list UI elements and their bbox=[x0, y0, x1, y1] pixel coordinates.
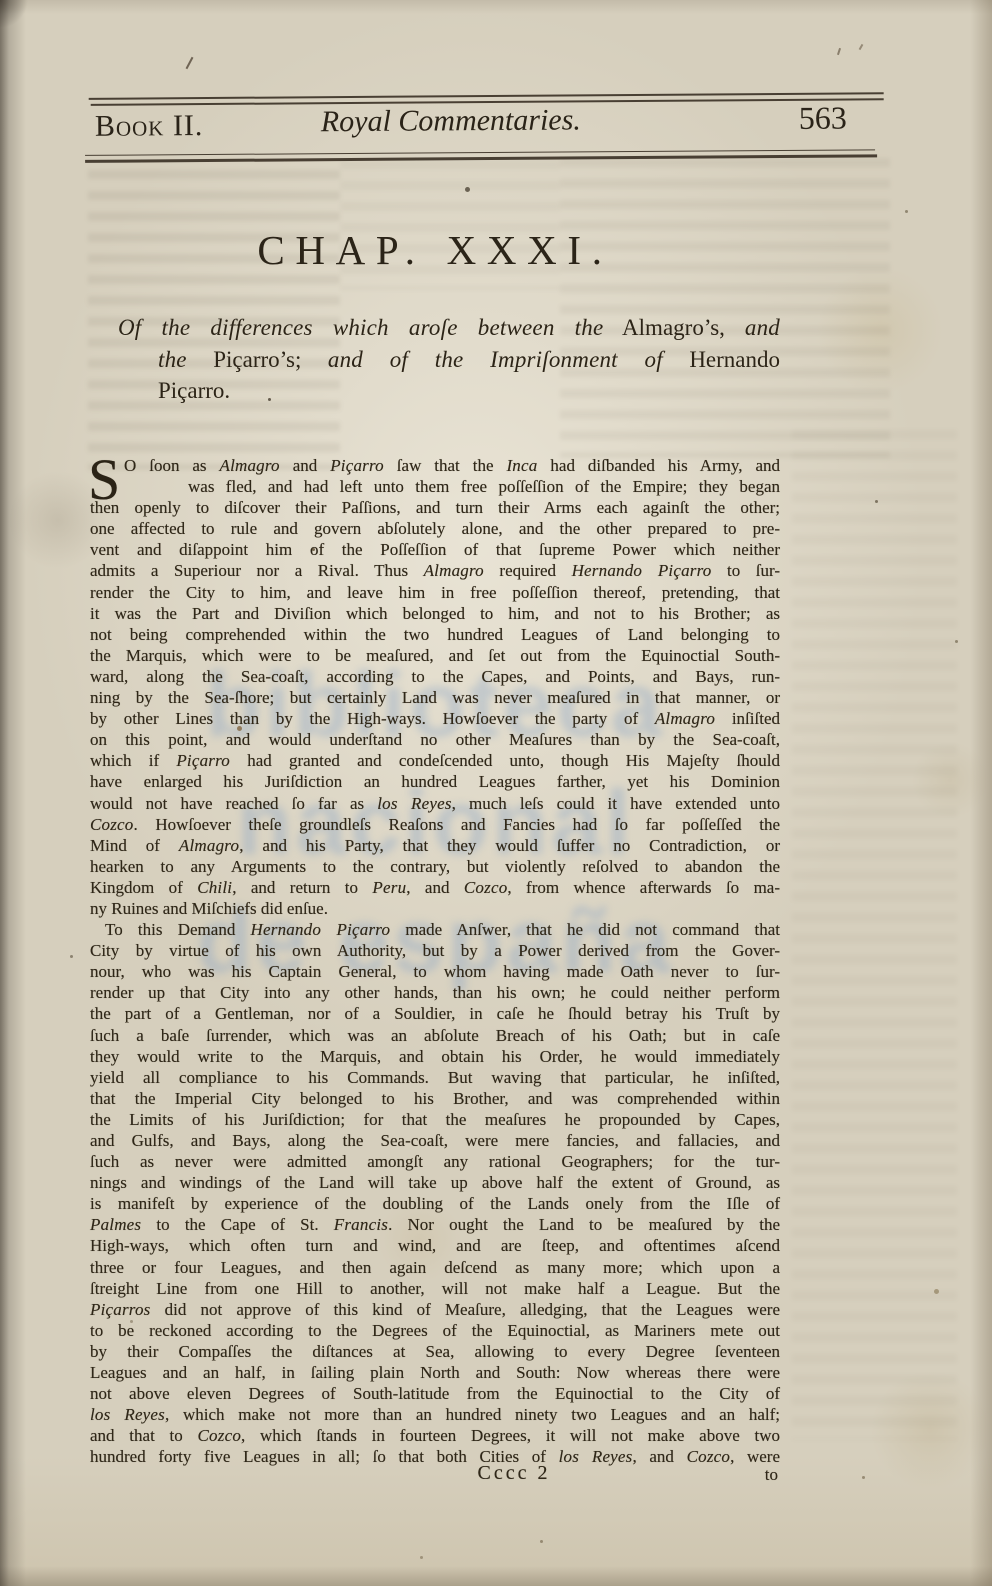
text-line: render up that City into any other hands… bbox=[90, 982, 780, 1003]
roman-text: Hernando bbox=[663, 347, 780, 372]
roman-text: they would write to the Marquis, and obt… bbox=[90, 1047, 780, 1066]
roman-text: To this Demand bbox=[105, 920, 251, 939]
italic-text: Cozco bbox=[464, 878, 508, 897]
italic-text: Piçarro bbox=[176, 751, 230, 770]
text-line: City by virtue of his own Authority, but… bbox=[90, 940, 780, 961]
roman-text: render the City to him, and leave him in… bbox=[90, 583, 780, 602]
text-line: on this point, and would underſtand no o… bbox=[90, 729, 780, 750]
subtitle-line: the Piçarro’s; and of the Impriſonment o… bbox=[118, 344, 780, 376]
roman-text: not above eleven Degrees of South-latitu… bbox=[90, 1384, 780, 1403]
roman-text: is manifeſt by experience of the doublin… bbox=[90, 1194, 780, 1213]
italic-text: Palmes bbox=[90, 1215, 141, 1234]
text-line: nings and windings of the Land will take… bbox=[90, 1172, 780, 1193]
text-line: three or four Leagues, and then again de… bbox=[90, 1257, 780, 1278]
verso-showthrough bbox=[792, 430, 957, 1440]
roman-text: , from whence afterwards ſo ma- bbox=[507, 878, 780, 897]
roman-text: , and return to bbox=[232, 878, 372, 897]
ink-specks bbox=[0, 0, 3, 3]
roman-text: required bbox=[484, 561, 572, 580]
body-text: SO ſoon as Almagro and Piçarro ſaw that … bbox=[90, 455, 780, 1468]
text-line: not being comprehended within the two hu… bbox=[90, 624, 780, 645]
roman-text: render up that City into any other hands… bbox=[90, 983, 780, 1002]
roman-text: did not approve of this kind of Meaſure,… bbox=[150, 1300, 780, 1319]
roman-text: the Limits of his Juriſdiction; for that… bbox=[90, 1110, 780, 1129]
text-line: they would write to the Marquis, and obt… bbox=[90, 1046, 780, 1067]
text-line: the part of a Gentleman, nor of a Souldi… bbox=[90, 1003, 780, 1024]
text-line: ning by the Sea-ſhore; but certainly Lan… bbox=[90, 687, 780, 708]
text-line: High-ways, which often turn and wind, an… bbox=[90, 1235, 780, 1256]
running-title: Royal Commentaries. bbox=[301, 103, 601, 139]
roman-text: to the Cape of St. bbox=[141, 1215, 334, 1234]
roman-text: one affected to rule and govern abſolute… bbox=[90, 519, 780, 538]
italic-text: and of the Impriſonment of bbox=[328, 347, 663, 372]
italic-text: Hernando Piçarro bbox=[251, 920, 391, 939]
text-line: then openly to diſcover their Paſſions, … bbox=[90, 497, 780, 518]
text-line: hearken to any Arguments to the contrary… bbox=[90, 856, 780, 877]
roman-text: , and bbox=[406, 878, 464, 897]
italic-text: the bbox=[158, 347, 187, 372]
header-rule bbox=[85, 154, 877, 163]
roman-text: inſiſted bbox=[715, 709, 780, 728]
roman-text: Mind of bbox=[90, 836, 179, 855]
roman-text: to ſur- bbox=[712, 561, 780, 580]
roman-text: , and his Party, that they would ſuffer … bbox=[239, 836, 780, 855]
roman-text: Kingdom of bbox=[90, 878, 197, 897]
text-line: Leagues and an half, in ſailing plain No… bbox=[90, 1362, 780, 1383]
roman-text: three or four Leagues, and then again de… bbox=[90, 1258, 780, 1277]
text-line: the Marquis, which were to be meaſured, … bbox=[90, 645, 780, 666]
signature-mark: Cccc 2 bbox=[478, 1462, 551, 1485]
running-header: Book II. Royal Commentaries. 563 bbox=[0, 0, 992, 3]
italic-text: Hernando Piçarro bbox=[572, 561, 712, 580]
roman-text: hearken to any Arguments to the contrary… bbox=[90, 857, 780, 876]
roman-text: had granted and condeſcended unto, thoug… bbox=[230, 751, 780, 770]
text-line: one affected to rule and govern abſolute… bbox=[90, 518, 780, 539]
text-line: ſuch as never were admitted amongſt any … bbox=[90, 1151, 780, 1172]
roman-text: ſuch as never were admitted amongſt any … bbox=[90, 1152, 780, 1171]
subtitle-line: Of the differences which aroſe between t… bbox=[118, 312, 780, 344]
roman-text: would not have reached ſo far as bbox=[90, 794, 377, 813]
roman-text: vent and diſappoint him of the Poſſeſſio… bbox=[90, 540, 780, 559]
italic-text: Of the differences which aroſe between t… bbox=[118, 315, 603, 340]
roman-text: , which make not more than an hundred ni… bbox=[165, 1405, 780, 1424]
italic-text: Piçarros bbox=[90, 1300, 150, 1319]
book-label: Book II. bbox=[95, 109, 204, 144]
roman-text: , which ſtands in fourteen Degrees, it w… bbox=[241, 1426, 780, 1445]
text-line: los Reyes, which make not more than an h… bbox=[90, 1404, 780, 1425]
italic-text: Almagro bbox=[219, 456, 279, 475]
text-line: Mind of Almagro, and his Party, that the… bbox=[90, 835, 780, 856]
roman-text: ning by the Sea-ſhore; but certainly Lan… bbox=[90, 688, 780, 707]
paragraph-1: SO ſoon as Almagro and Piçarro ſaw that … bbox=[90, 455, 780, 919]
text-line: it was the Part and Diviſion which belon… bbox=[90, 603, 780, 624]
italic-text: Cozco bbox=[90, 815, 134, 834]
roman-text: High-ways, which often turn and wind, an… bbox=[90, 1236, 780, 1255]
italic-text: los Reyes bbox=[377, 794, 451, 813]
text-line: Kingdom of Chili, and return to Peru, an… bbox=[90, 877, 780, 898]
text-line: To this Demand Hernando Piçarro made Anſ… bbox=[90, 919, 780, 940]
text-line: that the Imperial City belonged to his B… bbox=[90, 1088, 780, 1109]
italic-text: Almagro bbox=[655, 709, 715, 728]
roman-text: ſaw that the bbox=[384, 456, 507, 475]
text-line: and Gulfs, and Bays, along the Sea-coaſt… bbox=[90, 1130, 780, 1151]
roman-text: ſtreight Line from one Hill to another, … bbox=[90, 1279, 780, 1298]
text-line: and that to Cozco, which ſtands in fourt… bbox=[90, 1425, 780, 1446]
italic-text: Piçarro bbox=[330, 456, 384, 475]
chapter-subtitle: Of the differences which aroſe between t… bbox=[118, 312, 780, 407]
roman-text: that the Imperial City belonged to his B… bbox=[90, 1089, 780, 1108]
text-line: ward, along the Sea-coaſt, according to … bbox=[90, 666, 780, 687]
verso-showthrough bbox=[560, 158, 890, 458]
roman-text: ſuch a baſe ſurrender, which was an abſo… bbox=[90, 1026, 780, 1045]
pen-tick bbox=[859, 44, 864, 50]
italic-text: Francis bbox=[334, 1215, 388, 1234]
roman-text: and Gulfs, and Bays, along the Sea-coaſt… bbox=[90, 1131, 780, 1150]
scanned-book-page: { "page": { "paper_color": "#d6cfbd", "i… bbox=[0, 0, 992, 1586]
drop-cap: S bbox=[88, 451, 120, 509]
roman-text: and bbox=[280, 456, 330, 475]
roman-text: ward, along the Sea-coaſt, according to … bbox=[90, 667, 780, 686]
roman-text: . Howſoever theſe groundleſs Reaſons and… bbox=[134, 815, 781, 834]
catchword: to bbox=[765, 1465, 778, 1485]
italic-text: Almagro bbox=[424, 561, 484, 580]
text-line: Cozco. Howſoever theſe groundleſs Reaſon… bbox=[90, 814, 780, 835]
roman-text: Leagues and an half, in ſailing plain No… bbox=[90, 1363, 780, 1382]
roman-text: the Marquis, which were to be meaſured, … bbox=[90, 646, 780, 665]
text-line: was fled, and had left unto them free po… bbox=[90, 476, 780, 497]
roman-text: not being comprehended within the two hu… bbox=[90, 625, 780, 644]
text-line: have enlarged his Juriſdiction an hundre… bbox=[90, 771, 780, 792]
roman-text: . Nor ought the Land to be meaſured by t… bbox=[388, 1215, 780, 1234]
pencil-mark bbox=[186, 57, 194, 69]
roman-text: to be reckoned according to the Degrees … bbox=[90, 1321, 780, 1340]
roman-text: made Anſwer, that he did not command tha… bbox=[390, 920, 780, 939]
text-line: ſuch a baſe ſurrender, which was an abſo… bbox=[90, 1025, 780, 1046]
roman-text: the part of a Gentleman, nor of a Souldi… bbox=[90, 1004, 780, 1023]
text-line: would not have reached ſo far as los Rey… bbox=[90, 793, 780, 814]
italic-text: and bbox=[745, 315, 780, 340]
text-line: which if Piçarro had granted and condeſc… bbox=[90, 750, 780, 771]
text-line: O ſoon as Almagro and Piçarro ſaw that t… bbox=[90, 455, 780, 476]
text-line: by other Lines than by the High-ways. Ho… bbox=[90, 708, 780, 729]
italic-text: Peru bbox=[372, 878, 406, 897]
roman-text: on this point, and would underſtand no o… bbox=[90, 730, 780, 749]
text-line: to be reckoned according to the Degrees … bbox=[90, 1320, 780, 1341]
italic-text: los Reyes bbox=[90, 1405, 165, 1424]
text-line: ſtreight Line from one Hill to another, … bbox=[90, 1278, 780, 1299]
roman-text: and that to bbox=[90, 1426, 198, 1445]
roman-text: , much leſs could it have extended unto bbox=[452, 794, 780, 813]
roman-text: which if bbox=[90, 751, 176, 770]
text-line: yield all compliance to his Commands. Bu… bbox=[90, 1067, 780, 1088]
roman-text: by their Compaſſes the diſtances at Sea,… bbox=[90, 1342, 780, 1361]
roman-text: O ſoon as bbox=[124, 456, 219, 475]
text-line: admits a Superiour nor a Rival. Thus Alm… bbox=[90, 560, 780, 581]
roman-text: by other Lines than by the High-ways. Ho… bbox=[90, 709, 655, 728]
roman-text: nings and windings of the Land will take… bbox=[90, 1173, 780, 1192]
page-footer: Cccc 2 to bbox=[90, 1462, 780, 1488]
roman-text: was fled, and had left unto them free po… bbox=[188, 477, 780, 496]
roman-text: it was the Part and Diviſion which belon… bbox=[90, 604, 780, 623]
text-line: render the City to him, and leave him in… bbox=[90, 582, 780, 603]
roman-text: Almagro’s, bbox=[603, 315, 745, 340]
roman-text: Piçarro’s; bbox=[187, 347, 328, 372]
roman-text: have enlarged his Juriſdiction an hundre… bbox=[90, 772, 780, 791]
page-number: 563 bbox=[799, 100, 847, 137]
text-line: Palmes to the Cape of St. Francis. Nor o… bbox=[90, 1214, 780, 1235]
pen-tick bbox=[837, 48, 841, 55]
text-line: nour, who was his Captain General, to wh… bbox=[90, 961, 780, 982]
text-line: the Limits of his Juriſdiction; for that… bbox=[90, 1109, 780, 1130]
roman-text: then openly to diſcover their Paſſions, … bbox=[90, 498, 780, 517]
text-line: ny Ruines and Miſchiefs did enſue. bbox=[90, 898, 780, 919]
text-line: Piçarros did not approve of this kind of… bbox=[90, 1299, 780, 1320]
roman-text: Piçarro. bbox=[158, 378, 230, 403]
text-line: not above eleven Degrees of South-latitu… bbox=[90, 1383, 780, 1404]
italic-text: Cozco bbox=[198, 1426, 242, 1445]
italic-text: Chili bbox=[197, 878, 232, 897]
roman-text: nour, who was his Captain General, to wh… bbox=[90, 962, 780, 981]
italic-text: Inca bbox=[506, 456, 537, 475]
paragraph-2: To this Demand Hernando Piçarro made Anſ… bbox=[90, 919, 780, 1467]
roman-text: City by virtue of his own Authority, but… bbox=[90, 941, 780, 960]
roman-text: ny Ruines and Miſchiefs did enſue. bbox=[90, 899, 328, 918]
text-line: by their Compaſſes the diſtances at Sea,… bbox=[90, 1341, 780, 1362]
italic-text: Almagro bbox=[179, 836, 239, 855]
text-line: is manifeſt by experience of the doublin… bbox=[90, 1193, 780, 1214]
roman-text: yield all compliance to his Commands. Bu… bbox=[90, 1068, 780, 1087]
text-line: vent and diſappoint him of the Poſſeſſio… bbox=[90, 539, 780, 560]
chapter-heading: CHAP. XXXI. bbox=[90, 226, 780, 274]
subtitle-line: Piçarro. bbox=[118, 375, 780, 407]
roman-text: admits a Superiour nor a Rival. Thus bbox=[90, 561, 424, 580]
roman-text: had diſbanded his Army, and bbox=[537, 456, 780, 475]
